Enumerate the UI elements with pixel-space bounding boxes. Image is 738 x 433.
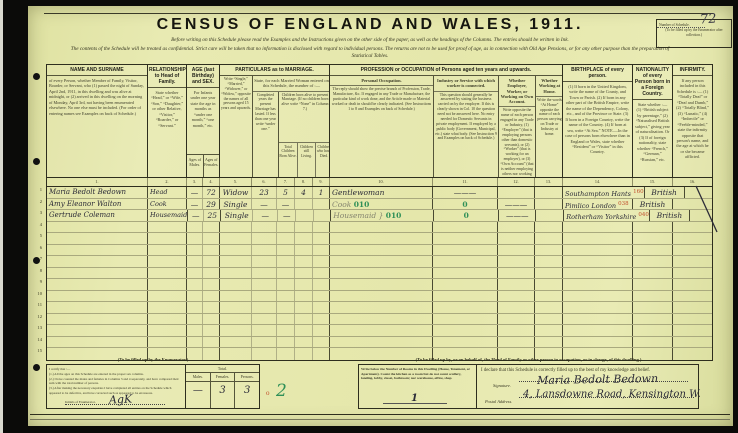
totals-table: Total. Males. Females. Persons. — 3 3 — [185, 365, 259, 408]
cell-employer — [497, 233, 534, 244]
cell-years — [251, 222, 276, 233]
cell-industry — [432, 279, 497, 290]
signature-label: Signature. — [493, 383, 511, 388]
handwritten-entry: Cook — [150, 200, 167, 208]
head-of-family-caption: (To be filled up by, or on behalf of, th… — [358, 357, 699, 362]
row-number: 3 — [33, 207, 45, 219]
cell-name — [47, 302, 147, 313]
cell-name — [47, 337, 147, 348]
row-number: 12 — [33, 311, 45, 323]
cell-living — [294, 245, 312, 256]
cell-nationality — [632, 256, 672, 267]
cell-status — [219, 268, 251, 279]
rooms-value: 1 — [411, 392, 418, 405]
cell-nationality — [632, 325, 672, 336]
cell-employer — [497, 302, 534, 313]
cell-died — [312, 314, 329, 325]
cell-years — [251, 233, 276, 244]
row-number: 1 — [33, 184, 45, 196]
table-row: Amy Eleanor WaltonCook—29Single——Cook 01… — [47, 199, 712, 211]
cell-name — [47, 256, 147, 267]
cell-status — [219, 302, 251, 313]
col-children: Children born alive to present Marriage.… — [278, 92, 329, 177]
cell-living — [294, 222, 312, 233]
cell-infirmity — [672, 291, 712, 302]
cell-born — [276, 245, 294, 256]
handwritten-entry: 040 — [638, 212, 649, 218]
cell-industry — [432, 291, 497, 302]
cell-died — [312, 245, 329, 256]
cell-birthplace — [562, 256, 632, 267]
cell-died — [312, 325, 329, 336]
cell-birthplace — [562, 302, 632, 313]
table-row — [47, 279, 712, 291]
cell-living — [294, 337, 312, 348]
col-years-married: Completed years the present Marriage has… — [253, 92, 278, 177]
cell-infirmity — [672, 222, 712, 233]
column-number: 2. — [147, 178, 186, 186]
col-relationship: RELATIONSHIP to Head of Family. State wh… — [147, 65, 186, 177]
hole-punch — [33, 73, 40, 80]
cell-occ — [329, 245, 432, 256]
cell-industry — [432, 268, 497, 279]
cell-living — [294, 199, 312, 210]
cell-occ — [329, 325, 432, 336]
col-employer-worker: Whether Employer, Worker, or Working on … — [498, 76, 535, 177]
cell-occ — [329, 233, 432, 244]
cell-nationality — [632, 279, 672, 290]
cell-age_m: — — [186, 199, 202, 210]
instruction-line-1: Before writing on this Schedule please r… — [70, 37, 670, 43]
schedule-number-value: 72 — [699, 11, 717, 27]
cell-birthplace: Southampton Hants 160 — [562, 187, 644, 198]
cell-born: — — [277, 210, 295, 221]
declaration-box: Write below the Number of Rooms in this … — [358, 364, 699, 409]
cell-industry — [432, 314, 497, 325]
column-number: 13. — [534, 178, 562, 186]
column-number: 6. — [251, 178, 276, 186]
rooms-cell: Write below the Number of Rooms in this … — [359, 365, 477, 408]
cell-rel — [147, 302, 186, 313]
cell-years: 23 — [251, 187, 276, 198]
cell-infirmity — [672, 337, 712, 348]
cell-years — [251, 245, 276, 256]
cell-industry — [432, 256, 497, 267]
cell-age_m — [186, 268, 202, 279]
cell-living — [294, 279, 312, 290]
cell-name — [47, 314, 147, 325]
handwritten-entry: British — [651, 188, 677, 197]
cell-years: — — [251, 199, 276, 210]
cell-employer — [497, 245, 534, 256]
cell-occ — [329, 314, 432, 325]
cell-home — [534, 337, 562, 348]
hole-punch — [33, 364, 40, 371]
declaration-cell: I declare that this Schedule is correctl… — [477, 365, 698, 408]
scan-edge — [0, 0, 3, 433]
cell-status — [219, 314, 251, 325]
cell-living — [294, 268, 312, 279]
handwritten-entry: ——— — [506, 211, 529, 220]
cell-rel — [147, 314, 186, 325]
column-number: 8. — [294, 178, 312, 186]
row-number: 7 — [33, 253, 45, 265]
cell-born — [276, 256, 294, 267]
cell-rel — [147, 233, 186, 244]
row-number: 14 — [33, 334, 45, 346]
cell-infirmity — [689, 210, 729, 221]
cell-home — [534, 233, 562, 244]
cell-infirmity — [672, 325, 712, 336]
cell-age_f — [202, 268, 219, 279]
cell-died: 1 — [312, 187, 329, 198]
cell-age_m — [186, 256, 202, 267]
row-number: 11 — [33, 299, 45, 311]
cell-died — [312, 233, 329, 244]
cell-birthplace — [562, 233, 632, 244]
col-infirmity: INFIRMITY. If any person included in thi… — [672, 65, 712, 177]
cell-age_m — [186, 245, 202, 256]
table-row — [47, 291, 712, 303]
cell-age_m — [186, 291, 202, 302]
cell-birthplace — [562, 337, 632, 348]
handwritten-entry: — — [192, 211, 200, 220]
col-children-died: Children who have Died. — [315, 143, 329, 177]
row-number: 15 — [33, 345, 45, 357]
cell-nationality: British — [644, 187, 684, 198]
cell-status: Widow — [219, 187, 251, 198]
cell-occ: Gentlewoman — [329, 187, 432, 198]
handwritten-entry: Amy Eleanor Walton — [49, 200, 121, 208]
cell-employer — [497, 222, 534, 233]
column-number: 4. — [202, 178, 219, 186]
cell-rel — [147, 256, 186, 267]
cell-home — [534, 222, 562, 233]
cell-industry — [432, 233, 497, 244]
cell-home — [534, 268, 562, 279]
cell-status — [219, 279, 251, 290]
cell-living — [294, 325, 312, 336]
row-number: 5 — [33, 230, 45, 242]
cell-industry: ——— — [432, 187, 497, 198]
cell-industry — [432, 302, 497, 313]
bottom-rule — [30, 414, 730, 415]
cell-age_f — [202, 245, 219, 256]
cell-birthplace: Pimlico London 038 — [562, 199, 632, 210]
handwritten-entry: — — [282, 200, 290, 209]
instruction-line-2: The contents of the Schedule will be tre… — [70, 46, 670, 60]
cell-home — [534, 199, 562, 210]
cell-years — [251, 302, 276, 313]
cell-status — [219, 291, 251, 302]
col-children-born: Total Children Born Alive. — [279, 143, 297, 177]
row-number: 13 — [33, 322, 45, 334]
enumerator-caption: (To be filled up by the Enumerator.) — [60, 357, 246, 362]
handwritten-entry: 23 — [259, 188, 269, 197]
cell-died — [313, 210, 330, 221]
cell-status — [219, 222, 251, 233]
col-age: AGE (last Birthday) and SEX. For Infants… — [186, 65, 219, 177]
handwritten-entry: Rotherham Yorkshire — [566, 213, 638, 221]
cell-age_m — [186, 279, 202, 290]
cell-employer — [497, 187, 534, 198]
table-row: Maria Bedolt BedownHead—72Widow23541Gent… — [47, 187, 712, 199]
top-rule — [44, 13, 713, 14]
col-profession: PROFESSION or OCCUPATION of Persons aged… — [329, 65, 562, 177]
table-row — [47, 245, 712, 257]
cell-occ: Cook 010 — [329, 199, 432, 210]
column-number: 5. — [219, 178, 251, 186]
col-name: NAME AND SURNAME of every Person, whethe… — [47, 65, 147, 177]
row-number: 9 — [33, 276, 45, 288]
column-number: 10. — [329, 178, 432, 186]
cell-died — [312, 279, 329, 290]
cell-born — [276, 268, 294, 279]
cell-infirmity — [672, 302, 712, 313]
cell-age_f — [202, 325, 219, 336]
cell-home — [534, 325, 562, 336]
cell-home — [534, 245, 562, 256]
cell-rel — [147, 325, 186, 336]
column-number-strip: 1.2.3.4.5.6.7.8.9.10.11.12.13.14.15.16. — [47, 177, 712, 187]
table-row — [47, 337, 712, 349]
cell-employer — [497, 268, 534, 279]
cell-age_f — [202, 314, 219, 325]
cell-employer — [497, 325, 534, 336]
cell-status — [219, 337, 251, 348]
col-married-woman: State, for each Married Woman entered on… — [252, 76, 329, 177]
col-industry: Industry or Service with which worker is… — [433, 76, 498, 177]
table-body: Maria Bedolt BedownHead—72Widow23541Gent… — [47, 187, 712, 360]
cell-age_m — [186, 233, 202, 244]
handwritten-entry: 0 — [464, 211, 469, 220]
cell-birthplace — [562, 325, 632, 336]
cell-infirmity — [672, 245, 712, 256]
cell-infirmity — [672, 279, 712, 290]
cell-birthplace — [562, 279, 632, 290]
row-number: 6 — [33, 242, 45, 254]
cell-infirmity — [672, 199, 712, 210]
cell-birthplace — [562, 291, 632, 302]
cell-industry: 0 — [432, 199, 497, 210]
cell-nationality — [632, 233, 672, 244]
table-row — [47, 222, 712, 234]
handwritten-entry: 010 — [386, 211, 402, 220]
cell-years — [251, 314, 276, 325]
handwritten-entry: Pimlico London — [565, 202, 618, 210]
handwritten-entry: 010 — [354, 200, 370, 209]
totals-males-value: — — [186, 382, 210, 408]
totals-persons-label: Persons. — [234, 373, 259, 382]
cell-name — [47, 291, 147, 302]
cell-home — [534, 256, 562, 267]
col-working-at-home: Whether Working at Home. Write the words… — [535, 76, 562, 177]
cell-employer — [497, 291, 534, 302]
cell-industry — [432, 325, 497, 336]
column-number: 1. — [47, 178, 147, 186]
address-label: Postal Address. — [485, 399, 512, 404]
cell-living — [294, 233, 312, 244]
cell-age_f — [202, 222, 219, 233]
handwritten-entry: 5 — [283, 188, 288, 197]
cell-born — [276, 222, 294, 233]
handwritten-entry: 038 — [618, 201, 629, 207]
handwritten-entry: British — [657, 211, 683, 220]
handwritten-entry: Cook — [332, 200, 354, 209]
cell-age_m — [186, 302, 202, 313]
col-nationality: NATIONALITY of every Person born in a Fo… — [632, 65, 672, 177]
cell-age_f — [202, 302, 219, 313]
column-number: 11. — [432, 178, 497, 186]
column-number: 3. — [186, 178, 202, 186]
table-row — [47, 325, 712, 337]
cell-rel: Cook — [147, 199, 186, 210]
cell-occ: Housemaid } 010 — [330, 210, 433, 221]
handwritten-entry: — — [260, 200, 268, 209]
cell-born — [276, 302, 294, 313]
cell-infirmity — [672, 314, 712, 325]
cell-rel: Housemaid — [147, 210, 187, 221]
cell-nationality — [632, 268, 672, 279]
cell-rel — [147, 279, 186, 290]
age-sex-split: Ages of Males. Ages of Females. — [187, 154, 219, 177]
totals-persons-value: 3 — [234, 382, 259, 408]
cell-nationality — [632, 302, 672, 313]
cell-died — [312, 199, 329, 210]
handwritten-entry: — — [191, 200, 199, 209]
totals-males-label: Males. — [186, 373, 210, 382]
cell-age_f: 29 — [202, 199, 219, 210]
handwritten-entry: Housemaid } — [333, 211, 386, 220]
cell-age_f — [202, 291, 219, 302]
handwritten-entry: Gentlewoman — [332, 188, 384, 197]
column-number: 15. — [632, 178, 672, 186]
table-row: Gertrude ColemanHousemaid—25Single——Hous… — [47, 210, 712, 222]
row-number: 8 — [33, 265, 45, 277]
cell-living — [295, 210, 313, 221]
cell-infirmity — [672, 233, 712, 244]
cell-age_m — [186, 314, 202, 325]
cell-died — [312, 256, 329, 267]
signature-value: Maria Bedolt Bedown — [537, 372, 658, 387]
column-number: 12. — [497, 178, 534, 186]
cell-age_m — [186, 325, 202, 336]
cell-rel: Head — [147, 187, 186, 198]
enumerator-initials: AgK — [109, 393, 133, 408]
handwritten-entry: ——— — [505, 200, 528, 209]
handwritten-entry: 4 — [301, 188, 306, 197]
cell-occ — [329, 291, 432, 302]
handwritten-entry: 0 — [462, 200, 467, 209]
cell-died — [312, 348, 329, 360]
cell-employer — [497, 337, 534, 348]
cell-age_m — [186, 222, 202, 233]
cell-home — [534, 291, 562, 302]
handwritten-entry: 25 — [207, 211, 217, 220]
cell-name: Gertrude Coleman — [47, 210, 147, 221]
handwritten-entry: Maria Bedolt Bedown — [49, 188, 126, 196]
col-personal-occupation: Personal Occupation. The reply should sh… — [330, 76, 433, 177]
cell-age_f: 25 — [203, 210, 220, 221]
totals-females-value: 3 — [210, 382, 235, 408]
census-1911-scanned-form: CENSUS OF ENGLAND AND WALES, 1911. Numbe… — [0, 0, 738, 433]
cell-living — [294, 256, 312, 267]
cell-born: 5 — [276, 187, 294, 198]
cell-home — [534, 187, 562, 198]
cell-age_f — [202, 279, 219, 290]
cell-occ — [329, 256, 432, 267]
cell-born — [276, 314, 294, 325]
handwritten-entry: Single — [223, 200, 247, 209]
cell-died — [312, 291, 329, 302]
cell-name: Maria Bedolt Bedown — [47, 187, 147, 198]
cell-occ — [329, 268, 432, 279]
cell-status — [219, 245, 251, 256]
handwritten-entry: Widow — [223, 188, 249, 197]
cell-industry — [432, 222, 497, 233]
cell-years — [251, 256, 276, 267]
enumerator-box: I certify that :— (1.) All the ages on t… — [46, 364, 260, 409]
census-table: NAME AND SURNAME of every Person, whethe… — [46, 64, 713, 361]
cell-age_f — [202, 233, 219, 244]
column-number: 14. — [562, 178, 632, 186]
col-children-living: Children still Living. — [297, 143, 315, 177]
cell-name — [47, 222, 147, 233]
cell-status — [219, 256, 251, 267]
column-number: 7. — [276, 178, 294, 186]
cell-living — [294, 348, 312, 360]
hole-punch — [33, 158, 40, 165]
cell-years — [251, 337, 276, 348]
handwritten-entry: — — [283, 211, 291, 220]
cell-employer: ——— — [497, 199, 534, 210]
enumerator-certification: I certify that :— (1.) All the ages on t… — [47, 365, 185, 408]
cell-born — [276, 291, 294, 302]
cell-rel — [147, 268, 186, 279]
cell-age_m: — — [186, 187, 202, 198]
handwritten-entry: — — [261, 211, 269, 220]
cell-years — [251, 279, 276, 290]
cell-nationality: British — [649, 210, 689, 221]
cell-occ — [329, 279, 432, 290]
cell-nationality — [632, 245, 672, 256]
cell-name — [47, 325, 147, 336]
cell-rel — [147, 291, 186, 302]
table-row — [47, 256, 712, 268]
cell-years — [251, 291, 276, 302]
cell-born — [276, 325, 294, 336]
cell-status — [219, 233, 251, 244]
cell-occ — [329, 222, 432, 233]
cell-nationality — [632, 222, 672, 233]
handwritten-entry: 72 — [206, 188, 216, 197]
row-number: 2 — [33, 196, 45, 208]
handwritten-entry: Head — [150, 188, 168, 196]
cell-employer — [497, 279, 534, 290]
cell-living: 4 — [294, 187, 312, 198]
bottom-rule-2 — [30, 419, 730, 420]
table-row — [47, 302, 712, 314]
cell-nationality — [632, 314, 672, 325]
handwritten-entry: British — [640, 200, 666, 209]
cell-died — [312, 268, 329, 279]
address-value: 4, Lansdowne Road, Kensington W. — [523, 389, 701, 400]
col-birthplace: BIRTHPLACE of every person. (1) If born … — [562, 65, 632, 177]
handwritten-entry: Southampton Hants — [565, 190, 633, 198]
cell-age_f — [202, 337, 219, 348]
cell-birthplace — [562, 245, 632, 256]
cell-nationality — [632, 337, 672, 348]
